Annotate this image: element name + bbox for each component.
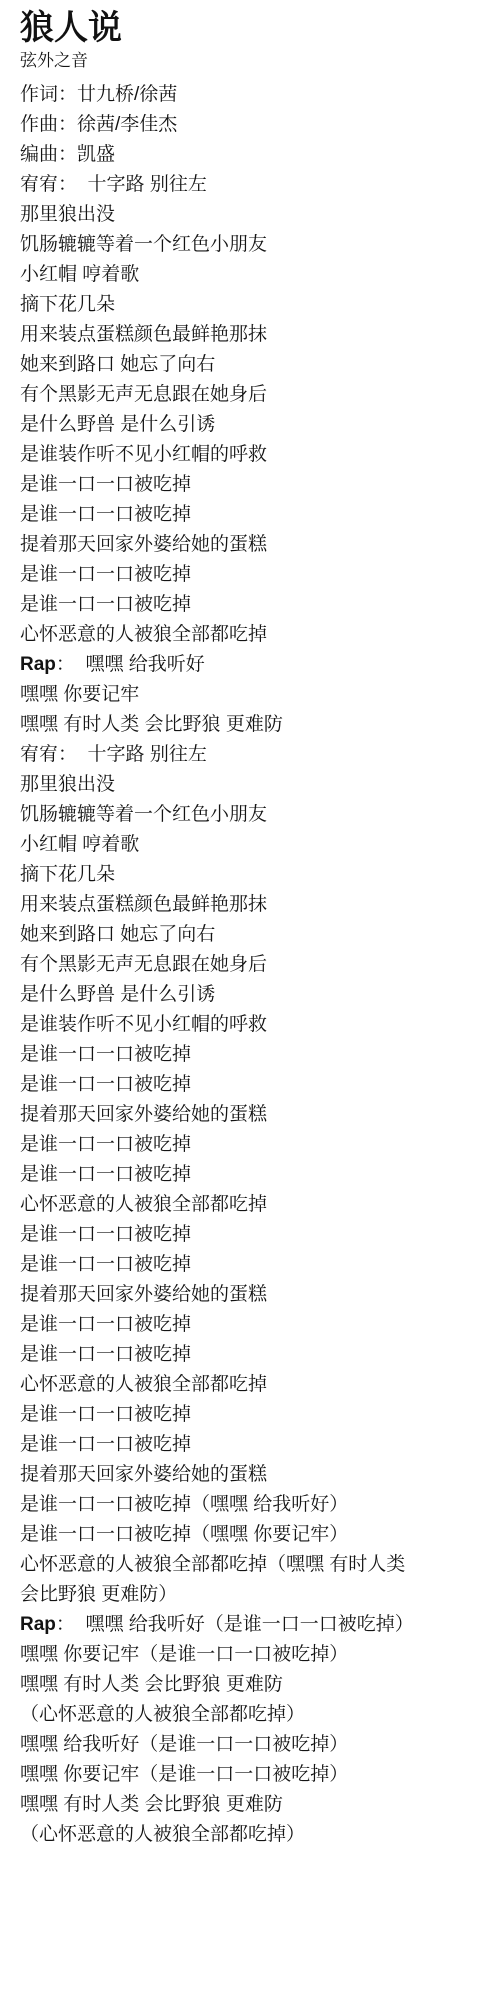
lyric-line: 嘿嘿 你要记牢: [20, 680, 480, 710]
lyric-line: 是谁一口一口被吃掉: [20, 1130, 480, 1160]
song-title: 狼人说: [20, 8, 480, 48]
lyric-line: （心怀恶意的人被狼全部都吃掉）: [20, 1700, 480, 1730]
lyric-line: 小红帽 哼着歌: [20, 830, 480, 860]
lyric-line: 她来到路口 她忘了向右: [20, 350, 480, 380]
lyric-line: Rap： 嘿嘿 给我听好（是谁一口一口被吃掉）: [20, 1610, 480, 1640]
lyric-line: 那里狼出没: [20, 200, 480, 230]
lyric-line: 是谁一口一口被吃掉（嘿嘿 你要记牢）: [20, 1520, 480, 1550]
lyric-line: 是谁一口一口被吃掉: [20, 590, 480, 620]
lyric-line: 是谁一口一口被吃掉: [20, 1070, 480, 1100]
lyric-line: 提着那天回家外婆给她的蛋糕: [20, 530, 480, 560]
lyric-line: 是谁一口一口被吃掉: [20, 1430, 480, 1460]
lyric-line: 是谁一口一口被吃掉: [20, 1220, 480, 1250]
lyric-line: 有个黑影无声无息跟在她身后: [20, 950, 480, 980]
lyric-line: 是谁一口一口被吃掉: [20, 1340, 480, 1370]
lyric-line: 是谁一口一口被吃掉: [20, 1250, 480, 1280]
lyric-line: 作曲：徐茜/李佳杰: [20, 110, 480, 140]
lyric-line: 嘿嘿 你要记牢（是谁一口一口被吃掉）: [20, 1760, 480, 1790]
lyric-line: 嘿嘿 你要记牢（是谁一口一口被吃掉）: [20, 1640, 480, 1670]
lyric-line: 饥肠辘辘等着一个红色小朋友: [20, 230, 480, 260]
lyric-line: 嘿嘿 有时人类 会比野狼 更难防: [20, 710, 480, 740]
lyric-line: 是谁一口一口被吃掉: [20, 500, 480, 530]
rap-label: Rap: [20, 654, 56, 675]
lyric-line: 是谁一口一口被吃掉: [20, 1400, 480, 1430]
lyric-line: 是什么野兽 是什么引诱: [20, 980, 480, 1010]
lyric-line: 心怀恶意的人被狼全部都吃掉（嘿嘿 有时人类: [20, 1550, 480, 1580]
lyric-line: 提着那天回家外婆给她的蛋糕: [20, 1460, 480, 1490]
lyric-line: 是谁装作听不见小红帽的呼救: [20, 440, 480, 470]
lyric-line: 摘下花几朵: [20, 860, 480, 890]
song-subtitle: 弦外之音: [20, 48, 480, 73]
lyric-line: 嘿嘿 有时人类 会比野狼 更难防: [20, 1790, 480, 1820]
lyric-line: （心怀恶意的人被狼全部都吃掉）: [20, 1820, 480, 1850]
lyric-line: 宥宥： 十字路 别往左: [20, 170, 480, 200]
lyric-line: 是谁装作听不见小红帽的呼救: [20, 1010, 480, 1040]
lyric-line: 心怀恶意的人被狼全部都吃掉: [20, 620, 480, 650]
lyric-line: 提着那天回家外婆给她的蛋糕: [20, 1280, 480, 1310]
lyric-line: 她来到路口 她忘了向右: [20, 920, 480, 950]
lyric-line: 是谁一口一口被吃掉（嘿嘿 给我听好）: [20, 1490, 480, 1520]
lyric-line: 编曲：凯盛: [20, 140, 480, 170]
lyric-line: 摘下花几朵: [20, 290, 480, 320]
rap-label: Rap: [20, 1614, 56, 1635]
lyrics: 作词：廿九桥/徐茜作曲：徐茜/李佳杰编曲：凯盛宥宥： 十字路 别往左那里狼出没饥…: [20, 80, 480, 1850]
lyric-line: 饥肠辘辘等着一个红色小朋友: [20, 800, 480, 830]
lyric-line: 那里狼出没: [20, 770, 480, 800]
lyric-line: 心怀恶意的人被狼全部都吃掉: [20, 1370, 480, 1400]
lyric-line: 用来装点蛋糕颜色最鲜艳那抹: [20, 890, 480, 920]
lyric-line: 宥宥： 十字路 别往左: [20, 740, 480, 770]
lyric-line: 是谁一口一口被吃掉: [20, 1040, 480, 1070]
lyric-line: 是谁一口一口被吃掉: [20, 470, 480, 500]
lyric-line: Rap： 嘿嘿 给我听好: [20, 650, 480, 680]
lyric-line: 嘿嘿 给我听好（是谁一口一口被吃掉）: [20, 1730, 480, 1760]
lyric-line: 嘿嘿 有时人类 会比野狼 更难防: [20, 1670, 480, 1700]
lyric-line: 小红帽 哼着歌: [20, 260, 480, 290]
lyric-line: 会比野狼 更难防）: [20, 1580, 480, 1610]
lyric-line: 作词：廿九桥/徐茜: [20, 80, 480, 110]
lyric-line: 是什么野兽 是什么引诱: [20, 410, 480, 440]
lyric-line: 有个黑影无声无息跟在她身后: [20, 380, 480, 410]
lyrics-header: 狼人说 弦外之音: [20, 8, 480, 73]
lyric-line: 是谁一口一口被吃掉: [20, 1160, 480, 1190]
lyric-line: 是谁一口一口被吃掉: [20, 560, 480, 590]
lyric-line: 用来装点蛋糕颜色最鲜艳那抹: [20, 320, 480, 350]
lyric-line: 提着那天回家外婆给她的蛋糕: [20, 1100, 480, 1130]
lyric-line: 心怀恶意的人被狼全部都吃掉: [20, 1190, 480, 1220]
lyric-line: 是谁一口一口被吃掉: [20, 1310, 480, 1340]
